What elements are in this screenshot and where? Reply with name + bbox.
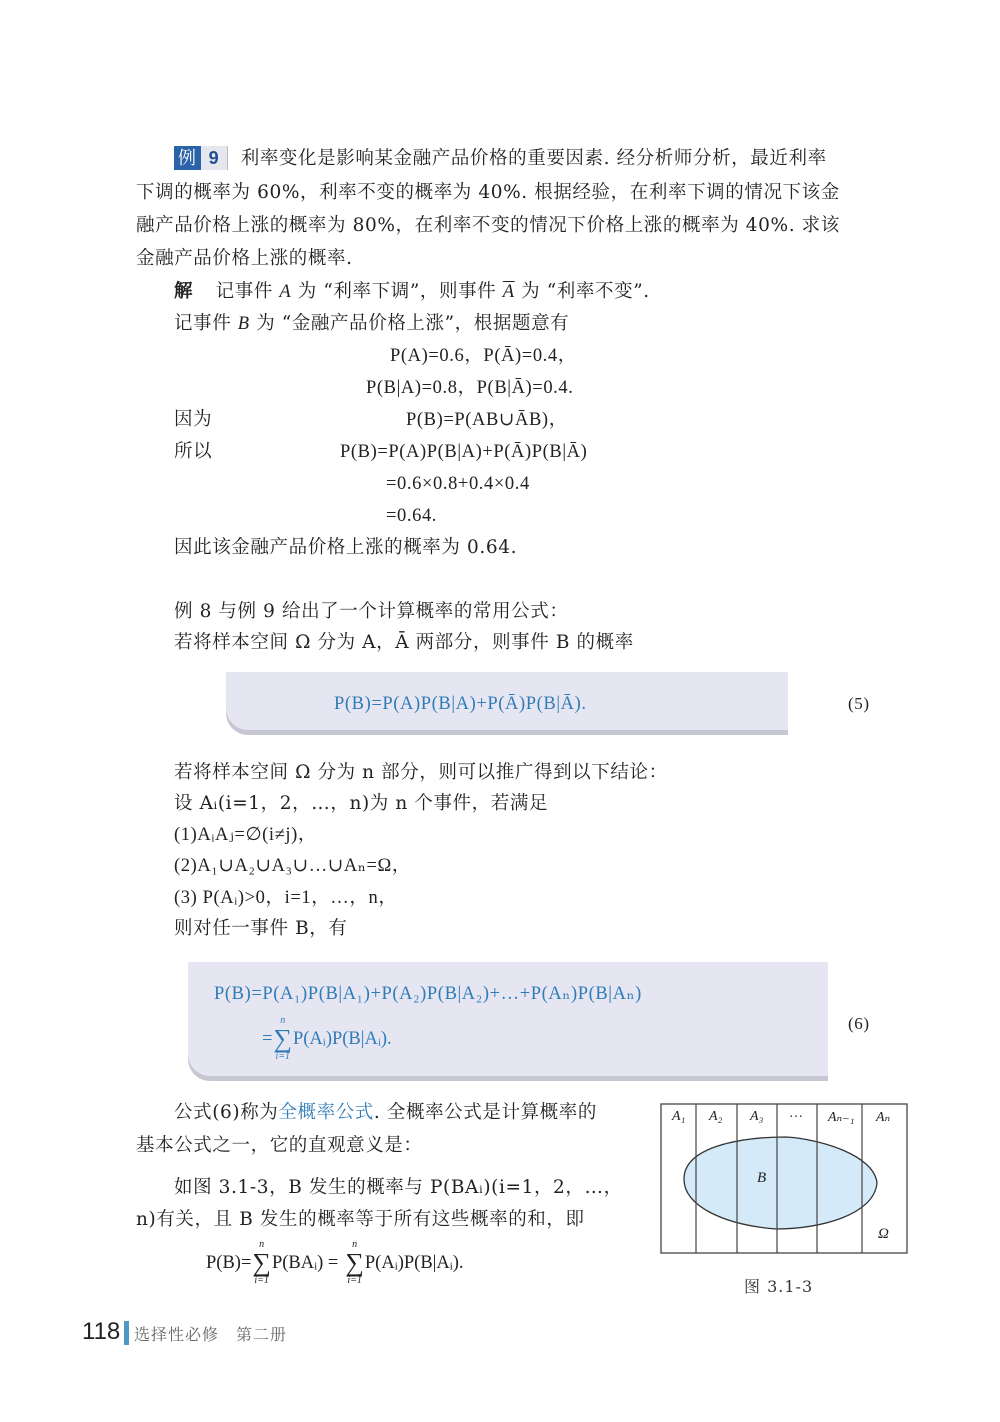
problem-text-line-1: 利率变化是影响某金融产品价格的重要因素. 经分析师分析，最近利率 bbox=[241, 148, 827, 169]
closing-text-1b: . 全概率公式是计算概率的 bbox=[374, 1102, 597, 1123]
sum-symbol: ∑ bbox=[345, 1250, 364, 1276]
equation-given-1: P(A)=0.6，P(Ā)=0.4， bbox=[390, 340, 577, 372]
example-problem-line-1: 例9 利率变化是影响某金融产品价格的重要因素. 经分析师分析，最近利率 bbox=[174, 143, 827, 175]
closing-line-1: 公式(6)称为全概率公式. 全概率公式是计算概率的 bbox=[174, 1097, 597, 1129]
formula-6-sum-body: P(Aᵢ)P(B|Aᵢ). bbox=[293, 1029, 392, 1050]
figure-label-a3: A₃ bbox=[750, 1109, 763, 1125]
solution-text-1c: 为 “利率不变”. bbox=[521, 281, 650, 302]
problem-text-line-3: 融产品价格上涨的概率为 80%，在利率不变的情况下价格上涨的概率为 40%. 求… bbox=[136, 210, 840, 242]
summation-1: n ∑ i=1 bbox=[252, 1240, 271, 1286]
sum-symbol: ∑ bbox=[252, 1250, 271, 1276]
sum-symbol: ∑ bbox=[273, 1026, 292, 1052]
book-title: 选择性必修 第二册 bbox=[134, 1322, 287, 1345]
because-label: 因为 bbox=[174, 404, 212, 436]
solution-text-1b: 为 “利率下调”，则事件 bbox=[298, 281, 497, 302]
summation-2: n ∑ i=1 bbox=[345, 1240, 364, 1286]
figure-caption: 图 3.1-3 bbox=[744, 1274, 813, 1297]
final-formula: P(B)= n ∑ i=1 P(BAᵢ) = n ∑ i=1 P(Aᵢ)P(B|… bbox=[206, 1240, 464, 1286]
problem-text-line-2: 下调的概率为 60%，利率不变的概率为 40%. 根据经验，在利率下调的情况下该… bbox=[136, 177, 840, 209]
summation: n ∑ i=1 bbox=[273, 1016, 292, 1062]
figure-label-a1: A₁ bbox=[672, 1109, 685, 1125]
solution-text-2b: 为 “金融产品价格上涨”，根据题意有 bbox=[256, 313, 569, 334]
extension-line-1: 若将样本空间 Ω 分为 n 部分，则可以推广得到以下结论： bbox=[174, 757, 668, 789]
figure-label-a2: A₂ bbox=[709, 1109, 722, 1125]
final-lhs: P(B)= bbox=[206, 1253, 251, 1274]
solution-line-2: 记事件 B 为 “金融产品价格上涨”，根据题意有 bbox=[174, 308, 569, 340]
equation-step-2: =0.64. bbox=[386, 500, 437, 532]
equation-given-2: P(B|A)=0.8，P(B|Ā)=0.4. bbox=[366, 372, 573, 404]
event-b: B bbox=[238, 314, 250, 334]
formula-5: P(B)=P(A)P(B|A)+P(Ā)P(B|Ā). bbox=[334, 688, 587, 720]
example-badge-label: 例 bbox=[174, 146, 201, 170]
therefore-label: 所以 bbox=[174, 436, 212, 468]
equation-therefore: P(B)=P(A)P(B|A)+P(Ā)P(B|Ā) bbox=[340, 436, 587, 468]
sum-lower-limit: i=1 bbox=[347, 1276, 362, 1286]
condition-1: (1)AᵢAⱼ=∅(i≠j)， bbox=[174, 819, 317, 851]
final-rhs: P(Aᵢ)P(B|Aᵢ). bbox=[365, 1253, 464, 1274]
equation-step-1: =0.6×0.8+0.4×0.4 bbox=[386, 468, 530, 500]
figure-partition-diagram bbox=[660, 1103, 908, 1255]
solution-label: 解 bbox=[174, 281, 193, 302]
figure-label-an-1: Aₙ₋₁ bbox=[828, 1109, 854, 1126]
equals-sign: = bbox=[262, 1029, 272, 1050]
figure-label-an: Aₙ bbox=[876, 1109, 890, 1126]
condition-2: (2)A₁∪A₂∪A₃∪…∪Aₙ=Ω， bbox=[174, 850, 411, 882]
formula-6-line-2: = n ∑ i=1 P(Aᵢ)P(B|Aᵢ). bbox=[262, 1016, 392, 1062]
equation-because: P(B)=P(AB∪ĀB)， bbox=[406, 404, 568, 436]
extension-line-3: 则对任一事件 B，有 bbox=[174, 913, 347, 945]
event-a-bar: A bbox=[503, 282, 515, 302]
total-probability-term: 全概率公式 bbox=[278, 1102, 374, 1123]
general-intro-1: 例 8 与例 9 给出了一个计算概率的常用公式： bbox=[174, 596, 568, 628]
page-number: 118 bbox=[82, 1318, 120, 1346]
figure-label-omega: Ω bbox=[878, 1226, 889, 1243]
event-a: A bbox=[279, 282, 291, 302]
general-intro-2: 若将样本空间 Ω 分为 A，Ā 两部分，则事件 B 的概率 bbox=[174, 627, 634, 659]
example-badge-number: 9 bbox=[201, 146, 229, 170]
footer-divider bbox=[124, 1321, 129, 1345]
solution-text-1a: 记事件 bbox=[216, 281, 273, 302]
event-b-ellipse bbox=[684, 1137, 877, 1229]
closing-line-2: 基本公式之一，它的直观意义是： bbox=[136, 1130, 423, 1162]
formula-6-line-1: P(B)=P(A₁)P(B|A₁)+P(A₂)P(B|A₂)+…+P(Aₙ)P(… bbox=[214, 978, 642, 1010]
final-mid: P(BAᵢ) = bbox=[272, 1253, 338, 1274]
formula-6-number: (6) bbox=[848, 1008, 870, 1040]
solution-conclusion: 因此该金融产品价格上涨的概率为 0.64. bbox=[174, 532, 517, 564]
extension-line-2: 设 Aᵢ(i=1，2，…，n)为 n 个事件，若满足 bbox=[174, 788, 548, 820]
figure-label-b: B bbox=[757, 1170, 766, 1187]
sum-lower-limit: i=1 bbox=[254, 1276, 269, 1286]
solution-line-1: 解 记事件 A 为 “利率下调”，则事件 A 为 “利率不变”. bbox=[174, 276, 650, 308]
problem-text-line-4: 金融产品价格上涨的概率. bbox=[136, 243, 353, 275]
condition-3: (3) P(Aᵢ)>0，i=1，…，n， bbox=[174, 882, 397, 914]
figure-label-ellipsis: … bbox=[789, 1106, 803, 1122]
formula-5-number: (5) bbox=[848, 688, 870, 720]
sum-lower-limit: i=1 bbox=[275, 1052, 290, 1062]
closing-line-3: 如图 3.1-3，B 发生的概率与 P(BAᵢ)(i=1，2，…， bbox=[174, 1172, 623, 1204]
closing-line-4: n)有关，且 B 发生的概率等于所有这些概率的和，即 bbox=[136, 1204, 585, 1236]
closing-text-1a: 公式(6)称为 bbox=[174, 1102, 278, 1123]
solution-text-2a: 记事件 bbox=[174, 313, 231, 334]
